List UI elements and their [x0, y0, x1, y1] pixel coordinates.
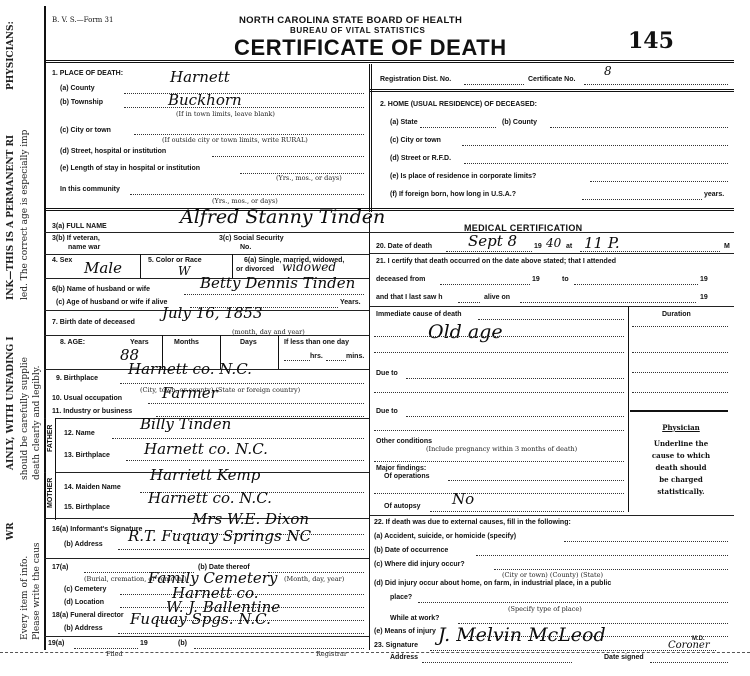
less-than-day-label: If less than one day	[284, 339, 349, 346]
birthplace-label: 9. Birthplace	[56, 375, 98, 382]
m-label: M	[724, 243, 730, 250]
physician-note-4: be charged	[634, 474, 728, 485]
registrar-label: (b)	[178, 640, 187, 647]
race-value[interactable]: W	[178, 264, 190, 278]
mother-name-value[interactable]: Harriett Kemp	[150, 466, 260, 484]
foreign-years-unit: years.	[704, 191, 724, 198]
res-city-label: (c) City or town	[390, 137, 441, 144]
spouse-label: 6(b) Name of husband or wife	[52, 286, 150, 293]
margin-permanent-record-text: INK—THIS IS A PERMANENT RI	[6, 135, 16, 300]
father-name-label: 12. Name	[64, 430, 95, 437]
community-label: In this community	[60, 186, 120, 193]
birth-date-value[interactable]: July 16, 1853	[162, 304, 263, 322]
informant-address-value[interactable]: R.T. Fuquay Springs NC	[128, 527, 311, 545]
cemetery-label: (c) Cemetery	[64, 586, 106, 593]
major-findings-label: Major findings:	[376, 465, 426, 472]
father-birthplace-label: 13. Birthplace	[64, 452, 110, 459]
funeral-director-label: 18(a) Funeral director	[52, 612, 124, 619]
res-county-label: (b) County	[502, 119, 537, 126]
injury-place-label: (d) Did injury occur about home, on farm…	[374, 580, 611, 587]
mins-label: mins.	[346, 353, 364, 360]
physician-heading: Physician	[634, 422, 728, 433]
immediate-cause-value[interactable]: Old age	[428, 321, 503, 343]
township-label: (b) Township	[60, 99, 103, 106]
center-divider-top	[369, 64, 372, 212]
margin-unfading-text: AINLY, WITH UNFADING I	[6, 336, 16, 470]
filed-label: 19(a)	[48, 640, 64, 647]
autopsy-label: Of autopsy	[384, 503, 421, 510]
informant-signature-value[interactable]: Mrs W.E. Dixon	[192, 510, 309, 528]
deceased-from-label: deceased from	[376, 276, 425, 283]
year-prefix: 19	[534, 243, 542, 250]
accident-label: (a) Accident, suicide, or homicide (spec…	[374, 533, 516, 540]
physician-note-1: Underline the	[634, 438, 728, 449]
physician-note-5: statistically.	[634, 486, 728, 497]
marital-label-2: or divorced	[236, 266, 274, 273]
last-saw-label: and that I last saw h	[376, 294, 443, 301]
date-of-occurrence-label: (b) Date of occurrence	[374, 547, 448, 554]
duration-label: Duration	[662, 311, 691, 318]
burial-date-note: (Month, day, year)	[284, 575, 344, 583]
director-address-label: (b) Address	[64, 625, 103, 632]
industry-label: 11. Industry or business	[52, 408, 132, 415]
hrs-label: hrs.	[310, 353, 323, 360]
father-birthplace-value[interactable]: Harnett co. N.C.	[144, 440, 268, 458]
occupation-label: 10. Usual occupation	[52, 395, 122, 402]
city-label: (c) City or town	[60, 127, 111, 134]
section-divider-1	[44, 208, 734, 211]
birthplace-value[interactable]: Harnett co. N.C.	[128, 360, 252, 378]
mother-tag: MOTHER	[46, 472, 56, 520]
autopsy-value[interactable]: No	[452, 490, 474, 508]
center-divider	[369, 216, 370, 650]
spouse-value[interactable]: Betty Dennis Tinden	[200, 274, 355, 292]
res-street-label: (d) Street or R.F.D.	[390, 155, 451, 162]
occupation-value[interactable]: Farmer	[162, 384, 218, 402]
certificate-title: CERTIFICATE OF DEATH	[234, 35, 507, 61]
signature-title[interactable]: Coroner	[668, 640, 710, 651]
year-value[interactable]: 40	[546, 236, 561, 250]
township-value[interactable]: Buckhorn	[168, 91, 242, 109]
physician-note-3: death should	[634, 462, 728, 473]
stay-note: (Yrs., mos., or days)	[276, 174, 342, 182]
death-certificate: B. V. S.—Form 31 NORTH CAROLINA STATE BO…	[44, 6, 734, 646]
injury-place-label-2: place?	[390, 594, 412, 601]
stay-label: (e) Length of stay in hospital or instit…	[60, 165, 200, 172]
age-label: 8. AGE:	[60, 339, 85, 346]
social-security-label: 3(c) Social Security	[219, 235, 284, 242]
injury-place-note: (Specify type of place)	[508, 605, 582, 613]
place-of-death-heading: 1. PLACE OF DEATH:	[52, 70, 123, 77]
state-label: (a) State	[390, 119, 418, 126]
margin-correct-age-text: led. The correct age is especially imp	[20, 130, 30, 300]
years-label: Years	[130, 339, 149, 346]
mother-name-label: 14. Maiden Name	[64, 484, 121, 491]
residence-heading: 2. HOME (USUAL RESIDENCE) OF DECEASED:	[380, 101, 537, 108]
header-divider	[44, 60, 734, 63]
where-injury-label: (c) Where did injury occur?	[374, 561, 465, 568]
mother-birthplace-value[interactable]: Harnett co. N.C.	[148, 489, 272, 507]
filed-year: 19	[140, 640, 148, 647]
mother-birthplace-label: 15. Birthplace	[64, 504, 110, 511]
date-of-death-label: 20. Date of death	[376, 243, 432, 250]
sex-value[interactable]: Male	[84, 259, 122, 277]
immediate-cause-label: Immediate cause of death	[376, 311, 462, 318]
margin-every-item-text: Every item of info.	[20, 556, 30, 640]
date-of-death-value[interactable]: Sept 8	[468, 232, 517, 250]
township-note: (If in town limits, leave blank)	[176, 110, 275, 118]
alive-year: 19	[700, 294, 708, 301]
external-causes-heading: 22. If death was due to external causes,…	[374, 519, 571, 526]
alive-on-label: alive on	[484, 294, 510, 301]
other-conditions-note: (Include pregnancy within 3 months of de…	[426, 445, 577, 453]
operations-label: Of operations	[384, 473, 430, 480]
means-of-injury-label: (e) Means of injury	[374, 628, 436, 635]
community-note: (Yrs., mos., or days)	[212, 197, 278, 205]
signer-address-label: Address	[390, 654, 418, 661]
signature-value[interactable]: J. Melvin McLeod	[438, 624, 606, 646]
burial-type-label: 17(a)	[52, 564, 68, 571]
location-label: (d) Location	[64, 599, 104, 606]
informant-address-label: (b) Address	[64, 541, 103, 548]
due-to-1-label: Due to	[376, 370, 398, 377]
due-to-2-label: Due to	[376, 408, 398, 415]
date-signed-label: Date signed	[604, 654, 644, 661]
bureau-name: BUREAU OF VITAL STATISTICS	[290, 26, 425, 35]
margin-carefully-text: should be carefully supplie	[20, 357, 30, 480]
certificate-no-value[interactable]: 8	[604, 64, 612, 78]
corporate-limits-label: (e) Is place of residence in corporate l…	[390, 173, 536, 180]
father-tag: FATHER	[46, 418, 56, 472]
left-margin-instructions: PHYSICIANS: INK—THIS IS A PERMANENT RI l…	[0, 0, 42, 676]
sex-label: 4. Sex	[52, 257, 72, 264]
from-year: 19	[532, 276, 540, 283]
city-note: (If outside city or town limits, write R…	[162, 136, 308, 144]
days-label: Days	[240, 339, 257, 346]
while-at-work-label: While at work?	[390, 615, 439, 622]
county-value[interactable]: Harnett	[170, 68, 230, 86]
veteran-label: 3(b) If veteran,	[52, 235, 100, 242]
marital-value[interactable]: widowed	[282, 260, 336, 274]
registration-dist-label: Registration Dist. No.	[380, 76, 451, 83]
certify-text: 21. I certify that death occurred on the…	[376, 258, 616, 265]
time-of-death-value[interactable]: 11 P.	[584, 234, 620, 252]
director-address-value[interactable]: Fuquay Spgs. N.C.	[130, 610, 271, 628]
agency-name: NORTH CAROLINA STATE BOARD OF HEALTH	[239, 15, 462, 26]
to-label: to	[562, 276, 569, 283]
veteran-label-2: name war	[68, 244, 100, 251]
certificate-number: 145	[628, 28, 674, 54]
left-border	[44, 6, 46, 650]
street-label: (d) Street, hospital or institution	[60, 148, 166, 155]
foreign-born-label: (f) If foreign born, how long in U.S.A.?	[390, 191, 516, 198]
to-year: 19	[700, 276, 708, 283]
bottom-edge	[0, 652, 750, 653]
birth-date-label: 7. Birth date of deceased	[52, 319, 135, 326]
race-label: 5. Color or Race	[148, 257, 202, 264]
social-security-label-2: No.	[240, 244, 251, 251]
father-name-value[interactable]: Billy Tinden	[140, 415, 231, 433]
form-number: B. V. S.—Form 31	[52, 16, 113, 24]
margin-please-write-text: Please write the caus	[32, 542, 42, 640]
certificate-no-label: Certificate No.	[528, 76, 575, 83]
margin-wr-text: WR	[6, 522, 16, 540]
full-name-value[interactable]: Alfred Stanny Tinden	[180, 206, 385, 228]
where-injury-note: (City or town) (County) (State)	[502, 571, 603, 579]
physician-note-2: cause to which	[634, 450, 728, 461]
margin-legibly-text: death clearly and legibly.	[32, 366, 42, 480]
spouse-age-unit: Years.	[340, 299, 361, 306]
signature-label: 23. Signature	[374, 642, 418, 649]
at-label: at	[566, 243, 572, 250]
full-name-label: 3(a) FULL NAME	[52, 223, 107, 230]
other-conditions-label: Other conditions	[376, 438, 432, 445]
spouse-age-label: (c) Age of husband or wife if alive	[56, 299, 167, 306]
margin-physicians-text: PHYSICIANS:	[6, 21, 16, 90]
months-label: Months	[174, 339, 199, 346]
county-label: (a) County	[60, 85, 95, 92]
